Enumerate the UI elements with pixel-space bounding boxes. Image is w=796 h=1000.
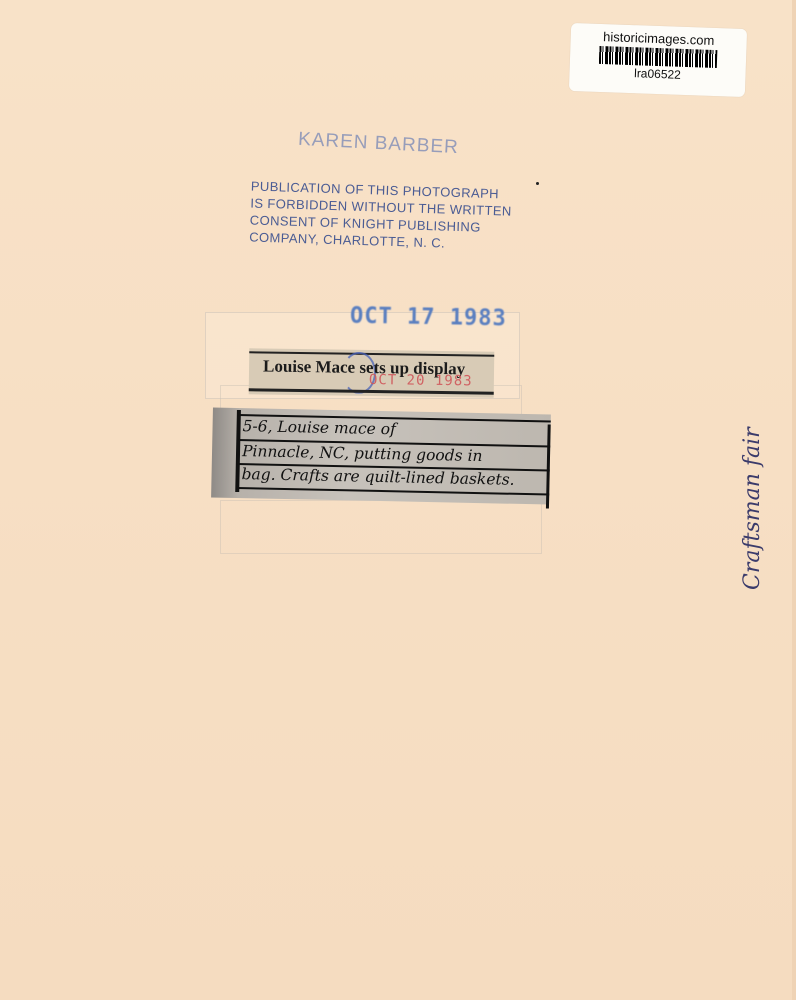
caption-border <box>235 410 241 492</box>
archive-site: historicimages.com <box>571 28 747 49</box>
copyright-stamp: PUBLICATION OF THIS PHOTOGRAPH IS FORBID… <box>249 177 541 254</box>
caption-border <box>546 424 551 508</box>
newspaper-clipping: Louise Mace sets up display OCT 20 1983 <box>249 348 495 397</box>
caption-line: Pinnacle, NC, putting goods in <box>242 442 483 465</box>
clipping-rule <box>249 388 494 394</box>
handwritten-side-note: Craftsman fair <box>740 427 765 590</box>
caption-strip: 5-6, Louise mace of Pinnacle, NC, puttin… <box>211 407 551 504</box>
archive-label: historicimages.com lra06522 <box>569 23 747 97</box>
published-date-stamp: OCT 20 1983 <box>369 372 473 389</box>
archive-code: lra06522 <box>569 64 745 84</box>
ink-dot <box>536 182 539 185</box>
paper-edge <box>792 0 796 1000</box>
received-date-stamp: OCT 17 1983 <box>350 304 507 332</box>
caption-line: 5-6, Louise mace of <box>242 417 396 438</box>
photographer-stamp: KAREN BARBER <box>298 129 460 159</box>
tape-residue <box>220 500 542 554</box>
